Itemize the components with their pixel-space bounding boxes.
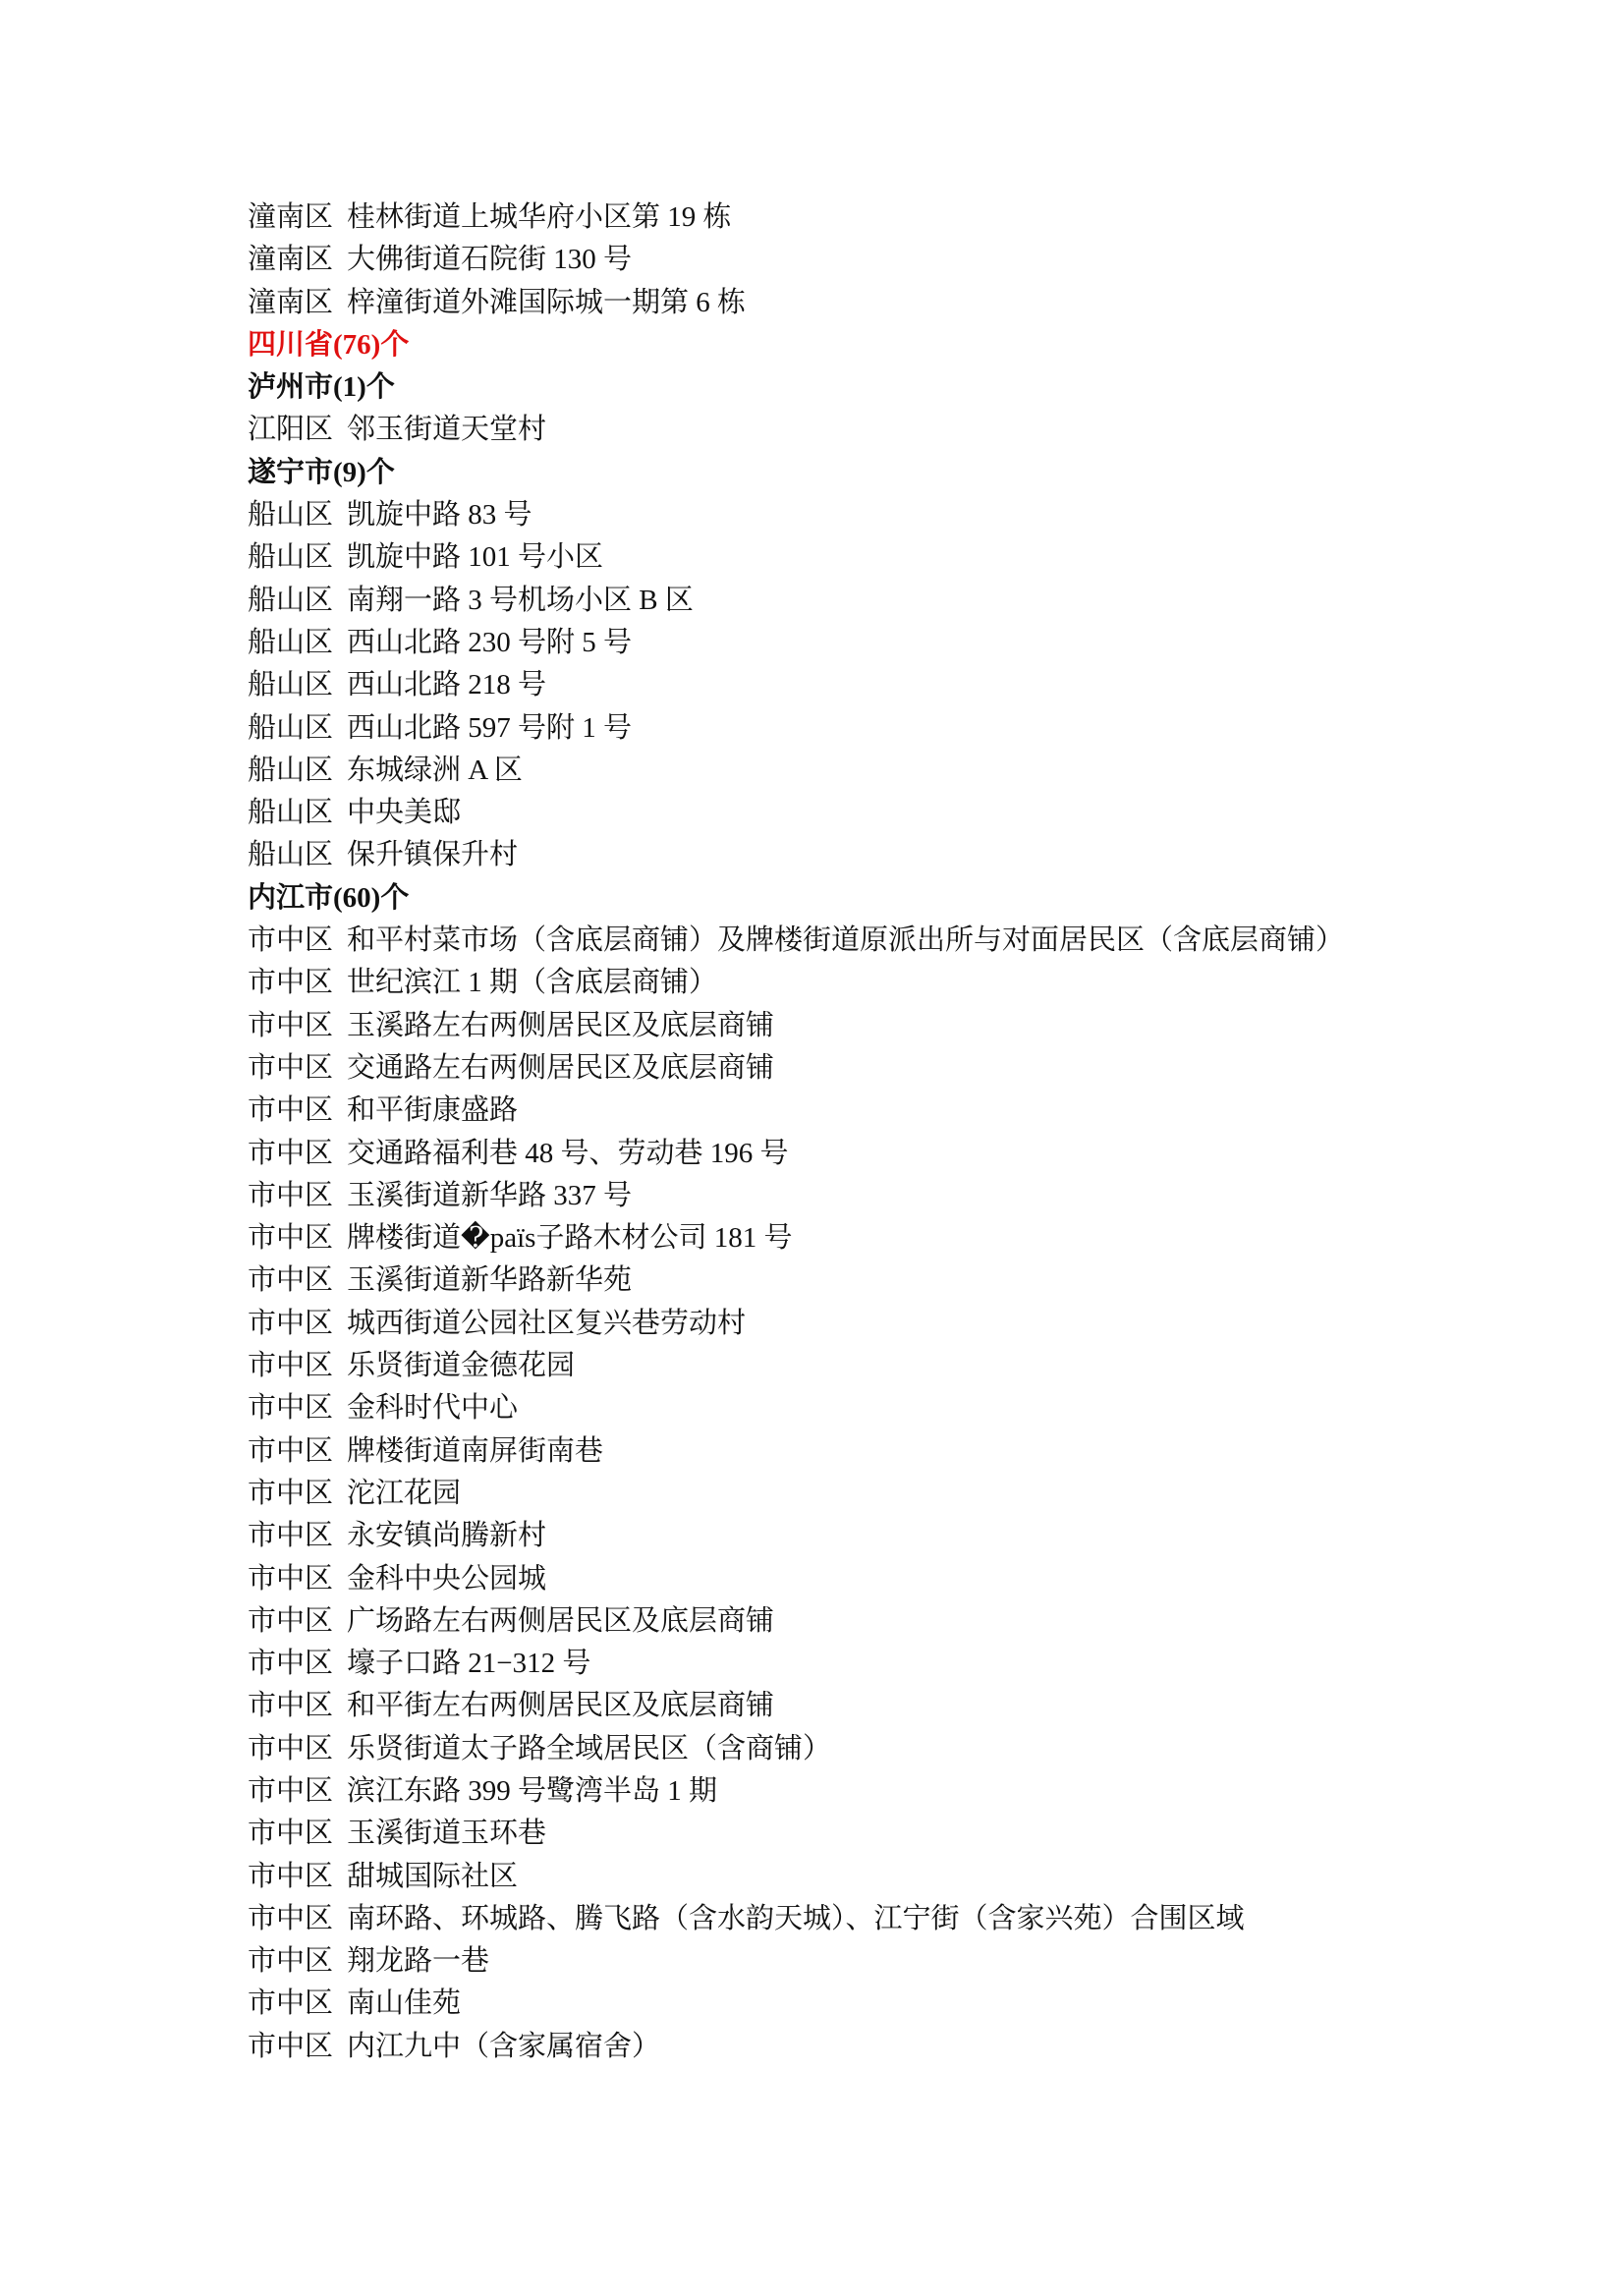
address-entry: 市中区广场路左右两侧居民区及底层商铺 — [248, 1600, 1476, 1643]
address-text: 东城绿洲 A 区 — [347, 755, 523, 786]
address-text: 玉溪街道新华路新华苑 — [347, 1264, 632, 1296]
address-entry: 潼南区桂林街道上城华府小区第 19 栋 — [248, 196, 1476, 239]
address-text: 保升镇保升村 — [347, 839, 518, 870]
address-text: 梓潼街道外滩国际城一期第 6 栋 — [347, 287, 746, 318]
address-text: 和平街康盛路 — [347, 1094, 518, 1126]
address-entry: 船山区西山北路 218 号 — [248, 664, 1476, 706]
district-name: 船山区 — [248, 494, 333, 536]
address-text: 世纪滨江 1 期（含底层商铺） — [347, 967, 717, 998]
address-entry: 市中区牌楼街道南屏街南巷 — [248, 1430, 1476, 1473]
district-name: 市中区 — [248, 1259, 333, 1302]
district-name: 市中区 — [248, 1856, 333, 1898]
address-entry: 市中区乐贤街道金德花园 — [248, 1345, 1476, 1387]
address-text: 西山北路 218 号 — [347, 669, 546, 700]
district-name: 市中区 — [248, 1303, 333, 1345]
address-text: 城西街道公园社区复兴巷劳动村 — [347, 1308, 746, 1339]
address-entry: 市中区城西街道公园社区复兴巷劳动村 — [248, 1303, 1476, 1345]
address-text: 玉溪街道玉环巷 — [347, 1818, 546, 1849]
district-name: 市中区 — [248, 1047, 333, 1090]
district-name: 潼南区 — [248, 282, 333, 324]
district-name: 船山区 — [248, 834, 333, 876]
district-name: 船山区 — [248, 622, 333, 664]
address-entry: 市中区南环路、环城路、腾飞路（含水韵天城）、江宁街（含家兴苑）合围区域 — [248, 1898, 1476, 1940]
address-entry: 市中区交通路福利巷 48 号、劳动巷 196 号 — [248, 1133, 1476, 1175]
address-entry: 市中区永安镇尚腾新村 — [248, 1515, 1476, 1557]
city-heading: 泸州市(1)个 — [248, 366, 1476, 409]
district-name: 船山区 — [248, 792, 333, 834]
address-text: 桂林街道上城华府小区第 19 栋 — [347, 201, 732, 233]
address-text: 西山北路 597 号附 1 号 — [347, 712, 632, 744]
address-entry: 市中区玉溪街道新华路新华苑 — [248, 1259, 1476, 1302]
address-text: 西山北路 230 号附 5 号 — [347, 627, 632, 658]
document-page: 潼南区桂林街道上城华府小区第 19 栋 潼南区大佛街道石院街 130 号 潼南区… — [248, 196, 1476, 2068]
address-entry: 市中区甜城国际社区 — [248, 1856, 1476, 1898]
address-entry: 市中区沱江花园 — [248, 1473, 1476, 1515]
address-text: 玉溪街道新华路 337 号 — [347, 1180, 632, 1211]
district-name: 江阳区 — [248, 409, 333, 451]
address-entry: 市中区玉溪路左右两侧居民区及底层商铺 — [248, 1005, 1476, 1047]
district-name: 市中区 — [248, 1175, 333, 1217]
district-name: 市中区 — [248, 1558, 333, 1600]
address-entry: 船山区凯旋中路 83 号 — [248, 494, 1476, 536]
district-name: 市中区 — [248, 1133, 333, 1175]
address-text: 交通路福利巷 48 号、劳动巷 196 号 — [347, 1138, 789, 1169]
address-entry: 船山区保升镇保升村 — [248, 834, 1476, 876]
address-entry: 市中区乐贤街道太子路全域居民区（含商铺） — [248, 1728, 1476, 1770]
address-entry: 市中区和平街康盛路 — [248, 1090, 1476, 1132]
district-name: 市中区 — [248, 1217, 333, 1259]
city-heading: 遂宁市(9)个 — [248, 452, 1476, 494]
address-text: 牌楼街道南屏街南巷 — [347, 1435, 603, 1467]
province-heading: 四川省(76)个 — [248, 324, 1476, 366]
address-text: 金科中央公园城 — [347, 1563, 546, 1595]
address-text: 南翔一路 3 号机场小区 B 区 — [347, 585, 694, 616]
address-entry: 市中区金科时代中心 — [248, 1387, 1476, 1429]
district-name: 市中区 — [248, 1600, 333, 1643]
district-name: 市中区 — [248, 1983, 333, 2025]
district-name: 船山区 — [248, 580, 333, 622]
address-entry: 市中区玉溪街道新华路 337 号 — [248, 1175, 1476, 1217]
address-text: 大佛街道石院街 130 号 — [347, 244, 632, 275]
address-entry: 市中区南山佳苑 — [248, 1983, 1476, 2025]
address-entry: 船山区西山北路 597 号附 1 号 — [248, 707, 1476, 750]
district-name: 市中区 — [248, 1940, 333, 1983]
address-entry: 船山区南翔一路 3 号机场小区 B 区 — [248, 580, 1476, 622]
address-text: 翔龙路一巷 — [347, 1945, 489, 1977]
address-entry: 市中区滨江东路 399 号鹭湾半岛 1 期 — [248, 1770, 1476, 1813]
district-name: 市中区 — [248, 1090, 333, 1132]
address-text: 南环路、环城路、腾飞路（含水韵天城）、江宁街（含家兴苑）合围区域 — [347, 1903, 1245, 1934]
address-entry: 江阳区邻玉街道天堂村 — [248, 409, 1476, 451]
address-entry: 市中区牌楼街道�païs子路木材公司 181 号 — [248, 1217, 1476, 1259]
address-text: 乐贤街道金德花园 — [347, 1350, 575, 1381]
district-name: 船山区 — [248, 707, 333, 750]
address-text: 甜城国际社区 — [347, 1861, 518, 1892]
address-entry: 市中区壕子口路 21−312 号 — [248, 1643, 1476, 1685]
address-text: 凯旋中路 101 号小区 — [347, 541, 603, 573]
district-name: 市中区 — [248, 1770, 333, 1813]
address-text: 乐贤街道太子路全域居民区（含商铺） — [347, 1733, 831, 1764]
district-name: 市中区 — [248, 1813, 333, 1855]
district-name: 船山区 — [248, 664, 333, 706]
address-entry: 市中区交通路左右两侧居民区及底层商铺 — [248, 1047, 1476, 1090]
address-entry: 市中区金科中央公园城 — [248, 1558, 1476, 1600]
district-name: 潼南区 — [248, 239, 333, 281]
district-name: 市中区 — [248, 1005, 333, 1047]
address-entry: 潼南区大佛街道石院街 130 号 — [248, 239, 1476, 281]
address-text: 金科时代中心 — [347, 1392, 518, 1424]
district-name: 市中区 — [248, 962, 333, 1004]
address-text: 邻玉街道天堂村 — [347, 414, 546, 445]
address-entry: 船山区中央美邸 — [248, 792, 1476, 834]
address-entry: 市中区翔龙路一巷 — [248, 1940, 1476, 1983]
district-name: 市中区 — [248, 1345, 333, 1387]
district-name: 市中区 — [248, 1728, 333, 1770]
address-text: 壕子口路 21−312 号 — [347, 1648, 590, 1679]
district-name: 潼南区 — [248, 196, 333, 239]
address-text: 和平村菜市场（含底层商铺）及牌楼街道原派出所与对面居民区（含底层商铺） — [347, 924, 1344, 956]
district-name: 市中区 — [248, 1643, 333, 1685]
district-name: 市中区 — [248, 1473, 333, 1515]
district-name: 船山区 — [248, 536, 333, 579]
district-name: 市中区 — [248, 1430, 333, 1473]
district-name: 市中区 — [248, 1685, 333, 1727]
district-name: 船山区 — [248, 750, 333, 792]
address-text: 中央美邸 — [347, 797, 461, 828]
address-entry: 市中区和平村菜市场（含底层商铺）及牌楼街道原派出所与对面居民区（含底层商铺） — [248, 920, 1476, 962]
district-name: 市中区 — [248, 1515, 333, 1557]
address-text: 南山佳苑 — [347, 1987, 461, 2019]
address-entry: 潼南区梓潼街道外滩国际城一期第 6 栋 — [248, 282, 1476, 324]
address-text: 玉溪路左右两侧居民区及底层商铺 — [347, 1010, 774, 1041]
address-entry: 船山区西山北路 230 号附 5 号 — [248, 622, 1476, 664]
district-name: 市中区 — [248, 920, 333, 962]
district-name: 市中区 — [248, 1898, 333, 1940]
district-name: 市中区 — [248, 1387, 333, 1429]
address-text: 内江九中（含家属宿舍） — [347, 2031, 660, 2062]
address-text: 沱江花园 — [347, 1478, 461, 1509]
address-text: 交通路左右两侧居民区及底层商铺 — [347, 1052, 774, 1084]
address-text: 凯旋中路 83 号 — [347, 499, 532, 531]
city-heading: 内江市(60)个 — [248, 877, 1476, 920]
neijiang-address-list: 市中区和平村菜市场（含底层商铺）及牌楼街道原派出所与对面居民区（含底层商铺）市中… — [248, 920, 1476, 2068]
address-entry: 市中区和平街左右两侧居民区及底层商铺 — [248, 1685, 1476, 1727]
address-entry: 市中区玉溪街道玉环巷 — [248, 1813, 1476, 1855]
address-entry: 船山区凯旋中路 101 号小区 — [248, 536, 1476, 579]
district-name: 市中区 — [248, 2026, 333, 2068]
address-text: 牌楼街道�païs子路木材公司 181 号 — [347, 1222, 792, 1254]
address-entry: 市中区世纪滨江 1 期（含底层商铺） — [248, 962, 1476, 1004]
address-text: 永安镇尚腾新村 — [347, 1520, 546, 1551]
address-text: 广场路左右两侧居民区及底层商铺 — [347, 1605, 774, 1637]
address-entry: 船山区东城绿洲 A 区 — [248, 750, 1476, 792]
address-text: 和平街左右两侧居民区及底层商铺 — [347, 1690, 774, 1721]
address-text: 滨江东路 399 号鹭湾半岛 1 期 — [347, 1775, 717, 1807]
address-entry: 市中区内江九中（含家属宿舍） — [248, 2026, 1476, 2068]
